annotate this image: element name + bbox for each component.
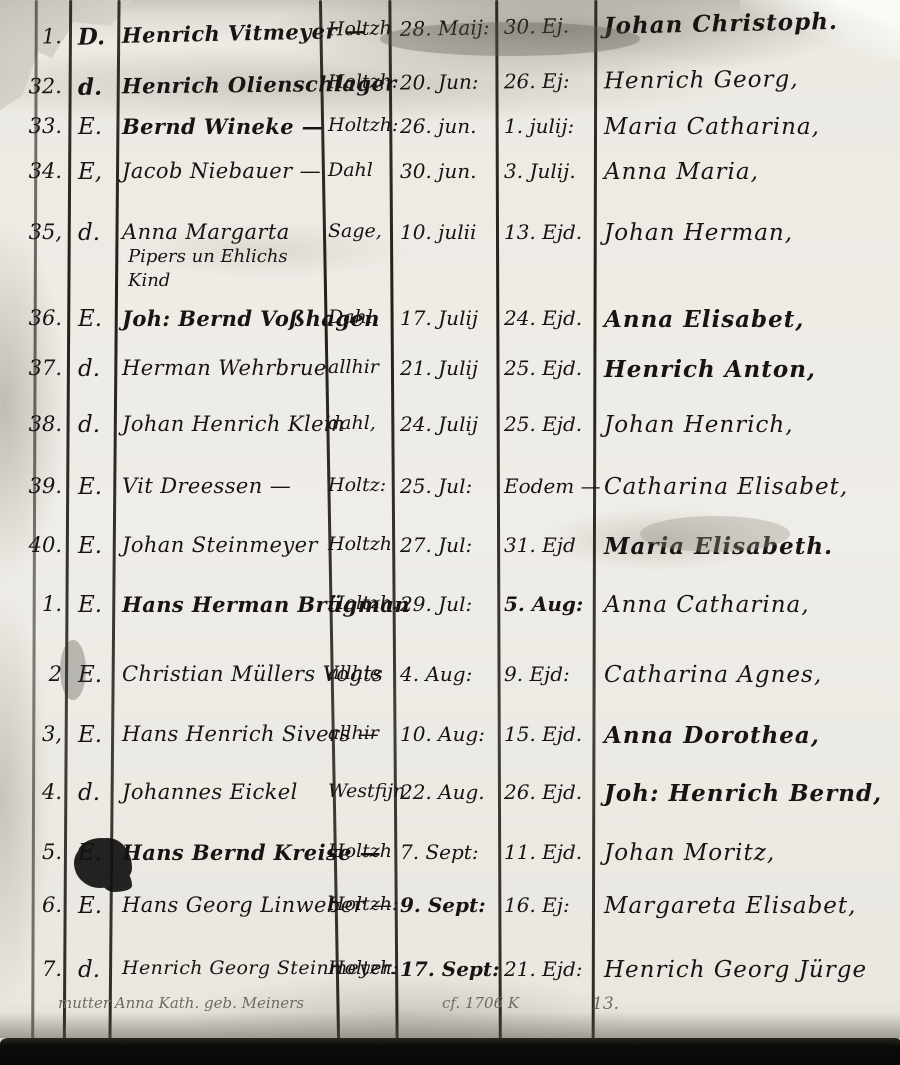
register-row: 1. D. Henrich Vitmeyer — Holtzh 28. Maij… — [0, 7, 900, 74]
place: Holtzh: — [328, 71, 399, 94]
legitimacy-letter: d. — [78, 412, 100, 438]
baptism-date: 11. Ejd. — [504, 840, 582, 864]
birth-date: 4. Aug: — [400, 662, 472, 686]
birth-date: 26. jun. — [400, 114, 476, 138]
place: Holtzh — [328, 17, 392, 40]
parent-name: Herman Wehrbrue — [122, 356, 327, 380]
child-name: Margareta Elisabet, — [604, 893, 856, 919]
birth-date: 24. Julij — [400, 412, 478, 436]
place: Holtzh: — [328, 957, 398, 979]
row-number: 34. — [12, 159, 62, 183]
place: Holtzh. — [328, 592, 398, 614]
place: Holtz: — [328, 474, 386, 496]
birth-date: 7. Sept: — [400, 840, 479, 864]
legitimacy-letter: E. — [78, 114, 102, 140]
row-number: 1. — [12, 592, 62, 616]
baptism-date: 31. Ejd — [504, 533, 576, 557]
birth-date: 25. Jul: — [400, 474, 472, 498]
child-name: Joh: Henrich Bernd, — [604, 780, 882, 807]
place: allhir — [328, 722, 379, 744]
page-bottom-shadow — [0, 1012, 900, 1038]
baptism-date: 9. Ejd: — [504, 662, 570, 686]
birth-date: 17. Sept: — [400, 957, 500, 981]
child-name: Catharina Agnes, — [604, 662, 822, 688]
birth-date: 28. Maij: — [400, 15, 490, 41]
ink-blot — [74, 838, 132, 888]
register-row: 37. d. Herman Wehrbrue allhir 21. Julij … — [0, 356, 900, 404]
row-number: 7. — [12, 957, 62, 981]
register-row: 6. E. Hans Georg Linweber — Holtzh: 9. S… — [0, 893, 900, 941]
parent-name-line3: Kind — [128, 270, 170, 291]
legitimacy-letter: E. — [78, 474, 102, 500]
place: Dahl — [328, 159, 373, 181]
baptism-date: 16. Ej: — [504, 893, 570, 917]
birth-date: 30. jun. — [400, 159, 476, 183]
row-number: 35, — [12, 220, 62, 244]
parent-name: Johan Henrich Klein — [122, 412, 345, 436]
place: Sage, — [328, 220, 382, 242]
birth-date: 29. Jul: — [400, 592, 472, 616]
legitimacy-letter: d. — [78, 74, 102, 101]
child-name: Henrich Georg, — [604, 66, 799, 94]
place: Holtzh: — [328, 114, 398, 136]
child-name: Henrich Anton, — [604, 356, 816, 383]
row-number: 36. — [12, 306, 62, 330]
register-row: 38. d. Johan Henrich Klein dahl, 24. Jul… — [0, 412, 900, 460]
baptism-date: 25. Ejd. — [504, 412, 582, 436]
parent-name: Anna Margarta — [122, 220, 290, 244]
baptism-date: 26. Ej: — [504, 69, 570, 94]
row-number: 3, — [12, 722, 62, 746]
child-name: Maria Elisabeth. — [604, 533, 833, 560]
row-number: 33. — [12, 114, 62, 138]
child-name: Johan Christoph. — [603, 8, 838, 40]
baptism-date: 13. Ejd. — [504, 220, 582, 244]
child-name: Johan Herman, — [604, 220, 793, 246]
legitimacy-letter: d. — [78, 356, 100, 382]
baptism-date: 26. Ejd. — [504, 780, 582, 804]
baptism-date: 21. Ejd: — [504, 957, 583, 981]
baptism-date: 5. Aug: — [504, 592, 583, 616]
place: allhie — [328, 662, 381, 684]
row-number: 4. — [12, 780, 62, 804]
register-row: 1. E. Hans Herman Brügman Holtzh. 29. Ju… — [0, 592, 900, 640]
row-number: 1. — [12, 24, 62, 49]
register-row: 3, E. Hans Henrich Sivers — allhir 10. A… — [0, 722, 900, 770]
register-row: 36. E. Joh: Bernd Voßhagen Dahl 17. Juli… — [0, 306, 900, 354]
row-number: 6. — [12, 893, 62, 917]
register-row: 33. E. Bernd Wineke — Holtzh: 26. jun. 1… — [0, 114, 900, 162]
legitimacy-letter: d. — [78, 780, 100, 806]
register-row: 5. E. Hans Bernd Kreise — Holtzh 7. Sept… — [0, 840, 900, 888]
place: dahl, — [328, 412, 376, 434]
place: Westfijn — [328, 780, 405, 802]
baptism-date: 1. julij: — [504, 114, 574, 138]
place: Holtzh: — [328, 893, 398, 915]
place: Dahl — [328, 306, 373, 328]
child-name: Johan Henrich, — [604, 412, 794, 438]
birth-date: 21. Julij — [400, 356, 478, 380]
baptism-date: 25. Ejd. — [504, 356, 582, 380]
row-number: 39. — [12, 474, 62, 498]
baptism-date: 30. Ej. — [503, 14, 569, 39]
register-row: 4. d. Johannes Eickel Westfijn 22. Aug. … — [0, 780, 900, 828]
register-row: 2 E. Christian Müllers Vogts allhie 4. A… — [0, 662, 900, 710]
child-name: Anna Elisabet, — [604, 306, 804, 333]
row-number: 2 — [12, 662, 62, 686]
scan-edge-bar — [0, 1038, 900, 1065]
row-number: 38. — [12, 412, 62, 436]
register-row: 40. E. Johan Steinmeyer Holtzh 27. Jul: … — [0, 533, 900, 581]
legitimacy-letter: D. — [78, 23, 106, 51]
birth-date: 9. Sept: — [400, 893, 486, 917]
child-name: Maria Catharina, — [604, 114, 820, 140]
legitimacy-letter: d. — [78, 957, 100, 983]
register-page-scan: 1. D. Henrich Vitmeyer — Holtzh 28. Maij… — [0, 0, 900, 1065]
parent-name: Vit Dreessen — — [122, 474, 291, 498]
birth-date: 20. Jun: — [400, 70, 479, 95]
child-name: Henrich Georg Jürge — [604, 957, 867, 983]
birth-date: 22. Aug. — [400, 780, 485, 804]
child-name: Johan Moritz, — [604, 840, 775, 866]
birth-date: 17. Julij — [400, 306, 478, 330]
place: allhir — [328, 356, 379, 378]
row-number: 5. — [12, 840, 62, 864]
parent-name-line2: Pipers un Ehlichs — [128, 246, 288, 267]
parent-name: Johannes Eickel — [122, 780, 298, 804]
row-number: 40. — [12, 533, 62, 557]
baptism-date: 3. Julij. — [504, 159, 576, 183]
legitimacy-letter: E. — [78, 533, 102, 559]
register-row: 34. E, Jacob Niebauer — Dahl 30. jun. 3.… — [0, 159, 900, 207]
baptism-date: 24. Ejd. — [504, 306, 582, 330]
legitimacy-letter: E. — [78, 306, 102, 332]
child-name: Anna Dorothea, — [604, 722, 820, 749]
birth-date: 27. Jul: — [400, 533, 472, 557]
child-name: Anna Catharina, — [604, 592, 810, 618]
legitimacy-letter: E. — [78, 722, 102, 748]
place: Holtzh — [328, 840, 392, 862]
birth-date: 10. Aug: — [400, 722, 485, 746]
legitimacy-letter: d. — [78, 220, 100, 246]
legitimacy-letter: E. — [78, 893, 102, 919]
baptism-date: Eodem — — [504, 474, 601, 498]
place: Holtzh — [328, 533, 392, 555]
register-row: 35, d. Anna Margarta Pipers un Ehlichs K… — [0, 220, 900, 268]
row-number: 32. — [12, 74, 62, 99]
legitimacy-letter: E. — [78, 592, 102, 618]
register-row: 39. E. Vit Dreessen — Holtz: 25. Jul: Eo… — [0, 474, 900, 522]
parent-name: Jacob Niebauer — — [122, 159, 321, 183]
parent-name: Johan Steinmeyer — [122, 533, 318, 557]
note-reference: cf. 1706 K — [442, 994, 519, 1012]
birth-date: 10. julii — [400, 220, 476, 244]
child-name: Catharina Elisabet, — [604, 474, 848, 500]
parent-name: Bernd Wineke — — [122, 114, 323, 139]
legitimacy-letter: E. — [78, 662, 102, 688]
note-page-ref: 13. — [592, 994, 619, 1014]
note-text: mutter Anna Kath. geb. Meiners — [58, 994, 304, 1012]
legitimacy-letter: E, — [78, 159, 102, 185]
baptism-date: 15. Ejd. — [504, 722, 582, 746]
child-name: Anna Maria, — [604, 159, 759, 185]
row-number: 37. — [12, 356, 62, 380]
